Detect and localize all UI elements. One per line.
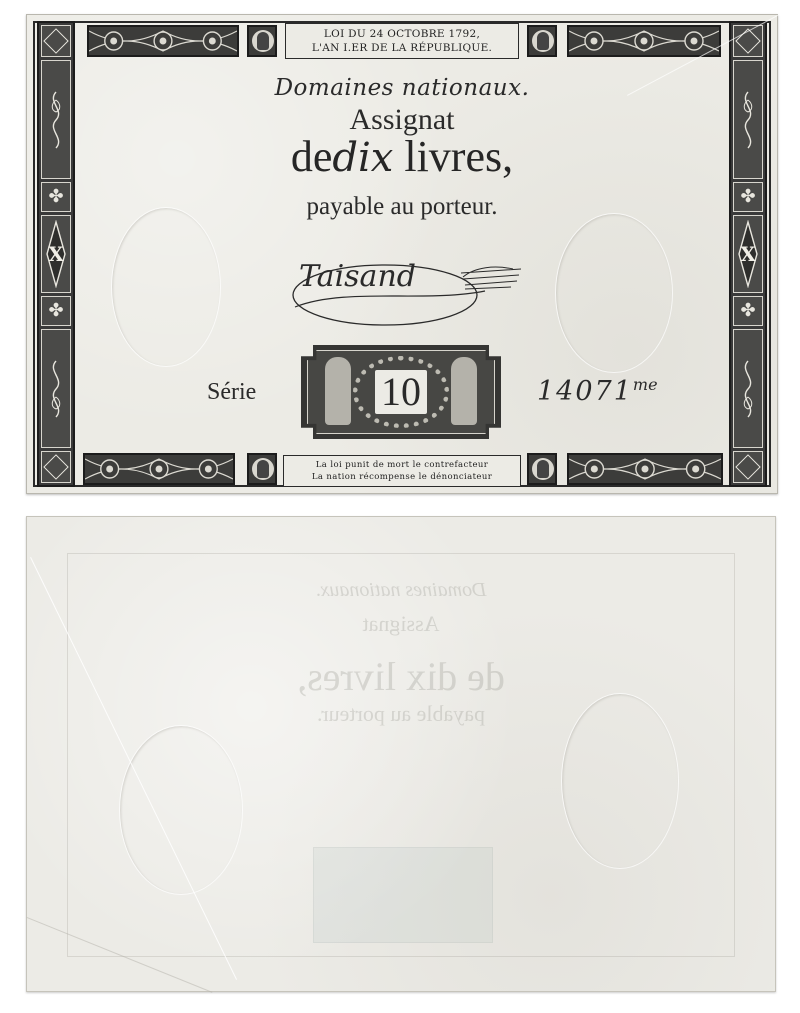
corner-tile xyxy=(41,25,71,57)
serie-number-digits: 14071 xyxy=(537,376,633,407)
title-payable: payable au porteur. xyxy=(27,193,777,221)
flower-tile: ✤ xyxy=(733,296,763,326)
signature: Taisand xyxy=(285,247,525,331)
rosette-frieze-icon xyxy=(89,27,237,55)
rosette-frieze-icon xyxy=(569,455,721,483)
show-through-line3: de dix livres, xyxy=(27,653,775,700)
show-through-line1: Domaines nationaux. xyxy=(27,579,775,602)
figure-icon xyxy=(537,460,549,478)
banknote-front: ✤ X ✤ ✤ X ✤ xyxy=(26,14,778,494)
show-through-line2: Assignat xyxy=(27,611,775,637)
top-left-frieze xyxy=(87,25,239,57)
bottom-left-frieze xyxy=(83,453,235,485)
value-number: 10 xyxy=(375,370,427,414)
rosette-frieze-icon xyxy=(569,27,719,55)
figure-icon xyxy=(257,32,269,50)
dry-seal-left-back xyxy=(119,725,243,895)
vine-ornament-icon xyxy=(45,348,67,430)
corner-tile xyxy=(733,451,763,483)
top-right-frieze xyxy=(567,25,721,57)
rhombus-ornament-icon xyxy=(43,28,68,53)
vine-ornament-icon xyxy=(737,348,759,430)
medallion-bottom-left xyxy=(247,453,277,485)
rhombus-ornament-icon xyxy=(43,454,68,479)
vine-tile xyxy=(733,329,763,448)
quatrefoil-icon: ✤ xyxy=(48,302,63,320)
rhombus-ornament-icon xyxy=(735,454,760,479)
dry-seal-right-back xyxy=(561,693,679,869)
corner-tile xyxy=(41,451,71,483)
medallion-top-left xyxy=(247,25,277,57)
denomination-italic: dix xyxy=(332,135,393,181)
denomination-post: livres, xyxy=(404,132,513,181)
angel-left-icon xyxy=(325,357,351,425)
roman-numeral: X xyxy=(48,242,64,266)
show-through-cartouche xyxy=(313,847,493,943)
signature-text: Taisand xyxy=(299,259,416,294)
law-header-line1: LOI DU 24 OCTOBRE 1792, xyxy=(286,27,518,41)
figure-icon xyxy=(537,32,549,50)
banknote-back: Domaines nationaux. Assignat de dix livr… xyxy=(26,516,776,992)
law-header-line2: L'AN I.ER DE LA RÉPUBLIQUE. xyxy=(286,41,518,55)
law-footer-line2: La nation récompense le dénonciateur xyxy=(284,471,520,483)
serie-number: 14071me xyxy=(537,375,658,407)
law-footer: La loi punit de mort le contrefacteur La… xyxy=(283,455,521,487)
title-domaines: Domaines nationaux. xyxy=(27,75,777,101)
angel-right-icon xyxy=(451,357,477,425)
figure-icon xyxy=(257,460,269,478)
denomination-pre: de xyxy=(291,132,333,181)
numeral-tile: X xyxy=(733,215,763,293)
rosette-frieze-icon xyxy=(85,455,233,483)
medallion-top-right xyxy=(527,25,557,57)
law-footer-line1: La loi punit de mort le contrefacteur xyxy=(284,459,520,471)
dry-seal-left xyxy=(111,207,221,367)
medallion-bottom-right xyxy=(527,453,557,485)
law-header: LOI DU 24 OCTOBRE 1792, L'AN I.ER DE LA … xyxy=(285,23,519,59)
title-denomination: dedix livres, xyxy=(27,131,777,182)
rhombus-ornament-icon xyxy=(735,28,760,53)
serie-label: Série xyxy=(207,379,256,406)
quatrefoil-icon: ✤ xyxy=(740,302,755,320)
numeral-tile: X xyxy=(41,215,71,293)
serie-number-suffix: me xyxy=(633,375,658,394)
roman-numeral: X xyxy=(740,242,756,266)
bottom-right-frieze xyxy=(567,453,723,485)
dry-seal-right xyxy=(555,213,673,373)
value-cartouche: 10 xyxy=(301,345,501,439)
flower-tile: ✤ xyxy=(41,296,71,326)
vine-tile xyxy=(41,329,71,448)
